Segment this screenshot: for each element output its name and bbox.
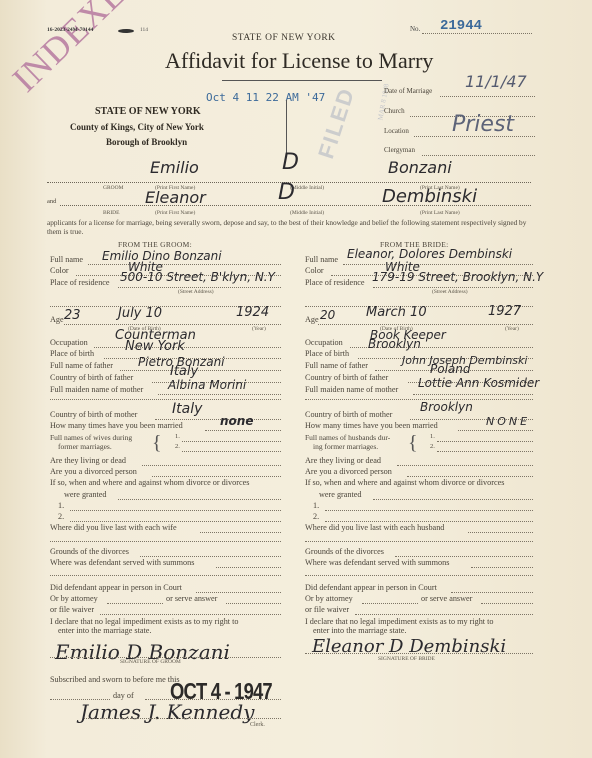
clerk-signature-line	[84, 718, 281, 719]
bride-full-name-label: Full name	[305, 255, 338, 264]
clergyman-line	[422, 155, 535, 156]
groom-grounds-line[interactable]	[140, 556, 281, 557]
clerk-label: Clerk.	[250, 722, 265, 728]
groom-father-label: Full name of father	[50, 361, 113, 370]
groom-declare-text-2: enter into the marriage state.	[58, 626, 151, 635]
groom-dob-value[interactable]: July 10	[118, 306, 162, 321]
bride-dob-value[interactable]: March 10	[366, 305, 427, 320]
bride-residence-label: Place of residence	[305, 278, 365, 287]
bride-divorce-question-2: were granted	[319, 490, 362, 499]
bride-declare-text-2: enter into the marriage state.	[313, 626, 406, 635]
date-of-marriage-line	[440, 96, 535, 97]
clergyman-label: Clergyman	[384, 146, 415, 154]
brace-line	[286, 100, 287, 155]
date-of-marriage-label: Date of Marriage	[384, 87, 432, 95]
groom-mother-label: Full maiden name of mother	[50, 385, 143, 394]
church-label: Church	[384, 107, 405, 115]
groom-first-name[interactable]: Emilio	[150, 158, 199, 177]
state-heading: STATE OF NEW YORK	[232, 33, 336, 43]
number-line	[422, 33, 532, 34]
groom-divorce-line[interactable]	[118, 499, 281, 500]
brace: {	[408, 432, 418, 455]
groom-divorced-line[interactable]	[152, 476, 281, 477]
groom-mother-value[interactable]: Albina Morini	[168, 378, 246, 392]
groom-prior-2-label: 2.	[175, 443, 180, 450]
groom-birthplace-label: Place of birth	[50, 349, 94, 358]
groom-attorney-label: Or by attorney	[50, 594, 98, 603]
bride-summons-line-2	[305, 575, 533, 576]
groom-mother-line-2	[50, 399, 281, 400]
oath-day-of-label: day of	[113, 691, 134, 700]
groom-divorce-2-label: 2.	[58, 512, 64, 521]
bride-serve-answer-label: or serve answer	[421, 594, 472, 603]
groom-father-line	[120, 370, 281, 371]
groom-summons-line[interactable]	[216, 567, 281, 568]
bride-age-line	[318, 324, 533, 325]
groom-occupation-line	[94, 347, 281, 348]
bride-serve-answer-line[interactable]	[481, 603, 533, 604]
bride-attorney-label: Or by attorney	[305, 594, 353, 603]
bride-mother-value[interactable]: Lottie Ann Kosmider	[418, 376, 539, 390]
bride-waiver-label: or file waiver	[305, 605, 349, 614]
groom-divorce-question-2: were granted	[64, 490, 107, 499]
oath-subscribed-text: Subscribed and sworn to before me this	[50, 675, 180, 684]
groom-father-country-label: Country of birth of father	[50, 373, 133, 382]
form-code-suffix: 114	[140, 27, 148, 33]
bride-mother-country-value[interactable]: Brooklyn	[420, 400, 473, 414]
groom-residence-value[interactable]: 500-10 Street, B'klyn, N.Y	[120, 270, 275, 284]
bride-father-country-label: Country of birth of father	[305, 373, 388, 382]
bride-residence-line	[373, 287, 533, 288]
groom-appear-line[interactable]	[196, 592, 281, 593]
groom-full-name-line	[88, 264, 281, 265]
bride-divorce-1-label: 1.	[313, 501, 319, 510]
groom-divorced-label: Are you a divorced person	[50, 467, 137, 476]
groom-father-country-value[interactable]: Italy	[170, 364, 198, 379]
bride-label: BRIDE	[103, 210, 120, 216]
groom-age-line	[64, 324, 281, 325]
bride-color-label: Color	[305, 266, 324, 275]
bride-summons-label: Where was defendant served with summons	[305, 558, 449, 567]
bride-last-lived-line-2	[305, 541, 533, 542]
bride-year-caption: (Year)	[505, 326, 519, 332]
groom-waiver-line[interactable]	[100, 614, 281, 615]
bride-appear-line[interactable]	[451, 592, 533, 593]
bride-divorce-2-label: 2.	[313, 512, 319, 521]
bride-birthplace-label: Place of birth	[305, 349, 349, 358]
groom-divorce-2-line[interactable]	[70, 521, 281, 522]
groom-year-caption: (Year)	[252, 326, 266, 332]
groom-street-caption: (Street Address)	[178, 289, 214, 295]
bride-prior-1-label: 1.	[430, 433, 435, 440]
groom-residence-label: Place of residence	[50, 278, 110, 287]
groom-living-dead-line[interactable]	[142, 465, 281, 466]
bride-mother-line-2	[305, 399, 533, 400]
bride-last-caption: (Print Last Name)	[420, 210, 460, 216]
jurisdiction-state: STATE OF NEW YORK	[95, 106, 201, 117]
bride-age-label: Age	[305, 315, 319, 324]
groom-divorce-question: If so, when and where and against whom d…	[50, 478, 249, 487]
bride-mother-label: Full maiden name of mother	[305, 385, 398, 394]
groom-signature-line	[50, 657, 281, 658]
preamble-text: applicants for a license for marriage, b…	[47, 218, 532, 236]
groom-mother-country-label: Country of birth of mother	[50, 410, 137, 419]
bride-appear-label: Did defendant appear in person in Court	[305, 583, 437, 592]
groom-age-value[interactable]: 23	[64, 308, 81, 323]
groom-middle-caption: (Middle Initial)	[290, 185, 324, 191]
jurisdiction-borough: Borough of Brooklyn	[106, 137, 187, 147]
groom-last-lived-label: Where did you live last with each wife	[50, 523, 177, 532]
groom-full-name-label: Full name	[50, 255, 83, 264]
groom-prior-label: Full names of wives during	[50, 433, 132, 442]
bride-father-label: Full name of father	[305, 361, 368, 370]
groom-divorce-1-label: 1.	[58, 501, 64, 510]
bride-last-lived-line[interactable]	[468, 532, 533, 533]
groom-summons-line-2	[50, 575, 281, 576]
clerk-signature: James J. Kennedy	[80, 700, 254, 724]
bride-year-value[interactable]: 1927	[488, 304, 521, 319]
groom-prior-2-line[interactable]	[182, 451, 281, 452]
groom-mother-country-value[interactable]: Italy	[172, 401, 202, 417]
bride-first-caption: (Print First Name)	[155, 210, 195, 216]
groom-divorce-1-line[interactable]	[70, 510, 281, 511]
bride-living-dead-line[interactable]	[397, 465, 533, 466]
bride-divorce-2-line[interactable]	[325, 521, 533, 522]
jurisdiction-county: County of Kings, City of New York	[70, 122, 204, 132]
groom-prior-1-label: 1.	[175, 433, 180, 440]
bride-last-name[interactable]: Dembinski	[382, 186, 477, 207]
bride-residence-value[interactable]: 179-19 Street, Brooklyn, N.Y	[372, 270, 543, 284]
groom-mother-country-line	[155, 419, 281, 420]
bride-attorney-line[interactable]	[362, 603, 418, 604]
bride-prior-2-label: 2.	[430, 443, 435, 450]
bride-mother-country-label: Country of birth of mother	[305, 410, 392, 419]
form-code: 16-2023-24M-70144	[47, 27, 93, 33]
groom-serve-answer-label: or serve answer	[166, 594, 217, 603]
brace: {	[152, 432, 162, 455]
bride-living-dead-label: Are they living or dead	[305, 456, 381, 465]
bride-full-name-value[interactable]: Eleanor, Dolores Dembinski	[347, 247, 512, 261]
groom-last-lived-line[interactable]	[200, 532, 281, 533]
bride-father-country-value[interactable]: Poland	[430, 362, 471, 376]
groom-grounds-label: Grounds of the divorces	[50, 547, 129, 556]
bride-signature-line	[305, 653, 533, 654]
bride-divorce-question: If so, when and where and against whom d…	[305, 478, 504, 487]
groom-age-label: Age	[50, 315, 64, 324]
bride-signature-caption: SIGNATURE OF BRIDE	[378, 656, 435, 662]
bride-divorce-line[interactable]	[373, 499, 533, 500]
and-label: and	[47, 198, 56, 205]
bride-grounds-label: Grounds of the divorces	[305, 547, 384, 556]
groom-attorney-line[interactable]	[107, 603, 163, 604]
bride-prior-label-2: ing former marriages.	[313, 442, 378, 451]
received-time-stamp: Oct 4 11 22 AM '47	[206, 91, 325, 104]
bride-prior-1-line[interactable]	[437, 441, 533, 442]
bride-street-caption: (Street Address)	[432, 289, 468, 295]
groom-year-value[interactable]: 1924	[236, 305, 269, 320]
groom-last-name[interactable]: Bonzani	[388, 158, 452, 177]
bride-summons-line[interactable]	[471, 567, 533, 568]
groom-prior-label-2: former marriages.	[58, 442, 112, 451]
groom-declare-text: I declare that no legal impediment exist…	[50, 617, 239, 626]
groom-mother-line	[158, 394, 281, 395]
number-label: No.	[410, 25, 420, 33]
bride-middle-initial[interactable]: D	[278, 180, 295, 205]
clergyman-value[interactable]: Priest	[452, 112, 514, 137]
bride-middle-caption: (Middle Initial)	[290, 210, 324, 216]
bride-last-lived-label: Where did you live last with each husban…	[305, 523, 444, 532]
title-rule	[222, 80, 382, 81]
bride-prior-2-line[interactable]	[437, 451, 533, 452]
groom-summons-label: Where was defendant served with summons	[50, 558, 194, 567]
groom-times-married-label: How many times have you been married	[50, 421, 183, 430]
groom-color-label: Color	[50, 266, 69, 275]
indexed-stamp: INDEXED	[4, 0, 153, 100]
bride-name-line	[60, 205, 531, 206]
groom-last-lived-line-2	[50, 541, 281, 542]
groom-middle-initial[interactable]: D	[282, 150, 299, 175]
bride-times-married-value[interactable]: NONE	[486, 415, 530, 428]
groom-prior-1-line[interactable]	[182, 441, 281, 442]
groom-birthplace-value[interactable]: New York	[125, 339, 185, 354]
groom-waiver-label: or file waiver	[50, 605, 94, 614]
bride-declare-text: I declare that no legal impediment exist…	[305, 617, 494, 626]
bride-grounds-line[interactable]	[395, 556, 533, 557]
groom-residence-line	[118, 287, 281, 288]
license-number: 21944	[440, 18, 482, 34]
groom-serve-answer-line[interactable]	[226, 603, 281, 604]
bride-mother-line	[413, 394, 533, 395]
affidavit-document: INDEXED FILED MAR 8 1948 16-2023-24M-701…	[0, 0, 592, 758]
ink-blot	[118, 29, 134, 33]
page-title: Affidavit for License to Marry	[165, 48, 433, 74]
groom-heading: FROM THE GROOM:	[118, 240, 192, 249]
groom-signature-caption: SIGNATURE OF GROOM	[120, 659, 181, 665]
bride-divorced-line[interactable]	[407, 476, 533, 477]
groom-occupation-label: Occupation	[50, 338, 88, 347]
groom-label: GROOM	[103, 185, 123, 191]
bride-times-married-label: How many times have you been married	[305, 421, 438, 430]
date-of-marriage-value[interactable]: 11/1/47	[465, 72, 527, 91]
bride-waiver-line[interactable]	[355, 614, 533, 615]
bride-full-name-line	[343, 264, 533, 265]
bride-birthplace-value[interactable]: Brooklyn	[368, 337, 421, 351]
location-label: Location	[384, 127, 409, 135]
groom-times-married-value[interactable]: none	[220, 414, 253, 428]
bride-age-value[interactable]: 20	[320, 308, 335, 322]
groom-times-married-line	[205, 430, 281, 431]
bride-occupation-label: Occupation	[305, 338, 343, 347]
bride-times-married-line	[458, 430, 533, 431]
bride-prior-label: Full names of husbands dur-	[305, 433, 390, 442]
groom-living-dead-label: Are they living or dead	[50, 456, 126, 465]
groom-appear-label: Did defendant appear in person in Court	[50, 583, 182, 592]
bride-divorce-1-line[interactable]	[325, 510, 533, 511]
bride-divorced-label: Are you a divorced person	[305, 467, 392, 476]
